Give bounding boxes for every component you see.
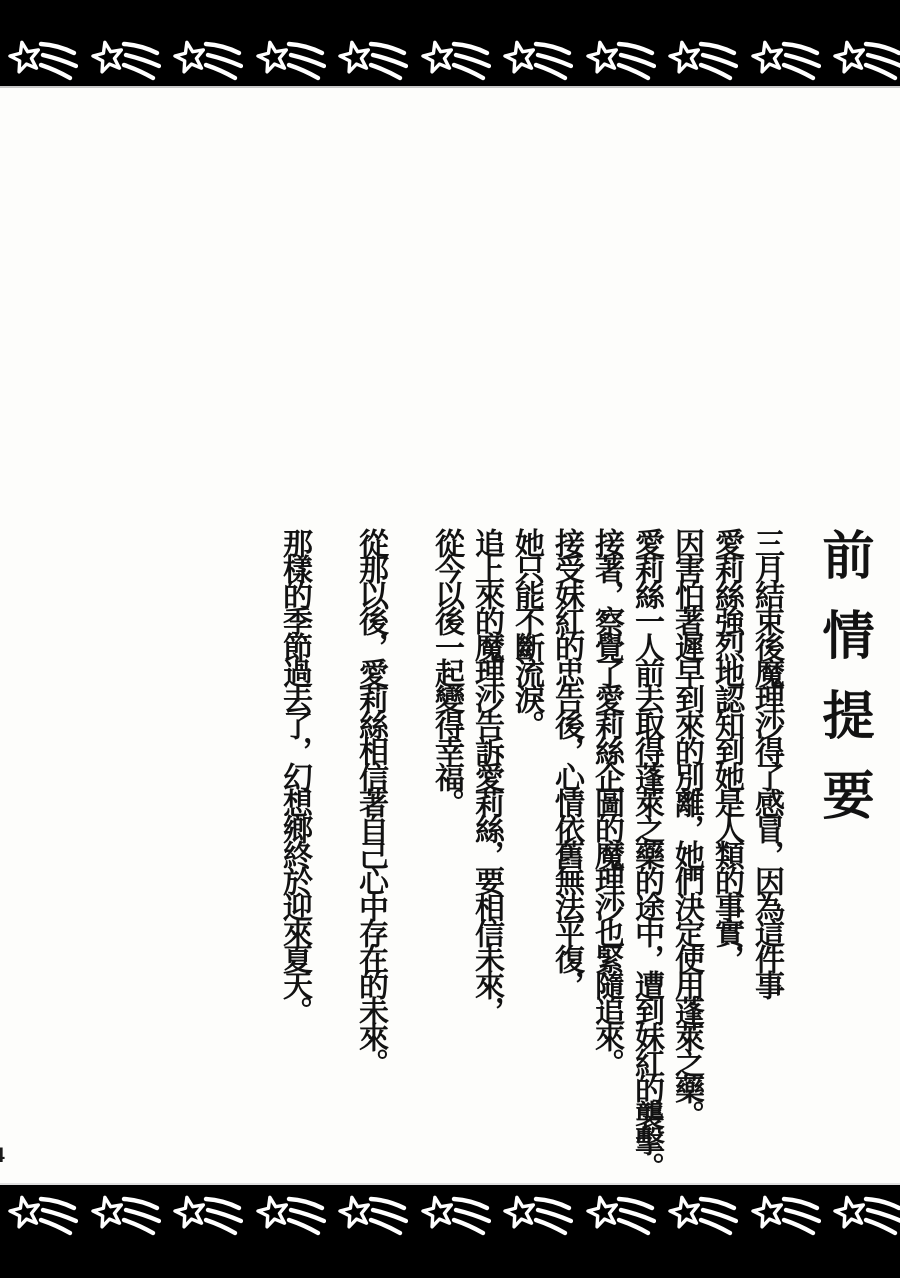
shooting-star-icon: [338, 1189, 408, 1237]
shooting-star-icon: [586, 1189, 656, 1237]
shooting-star-icon: [751, 1189, 821, 1237]
summary-title: 前情提要: [812, 528, 874, 1228]
summary-line: 追上來的魔理沙告訴愛莉絲，要相信未來，: [466, 528, 506, 1228]
shooting-star-icon: [8, 34, 78, 82]
summary-paragraph: 從那以後，愛莉絲相信著自己心中存在的未來。: [350, 528, 390, 1228]
shooting-star-icon: [91, 34, 161, 82]
shooting-star-icon: [668, 1189, 738, 1237]
summary-line: 愛莉絲強烈地認知到她是人類的事實，: [706, 528, 746, 1228]
shooting-star-icon: [586, 34, 656, 82]
page-number: 4: [0, 1144, 5, 1168]
story-summary: 前情提要 三月結束後魔理沙得了感冒，因為這件事愛莉絲強烈地認知到她是人類的事實，…: [274, 528, 874, 1228]
shooting-star-icon: [503, 34, 573, 82]
summary-line: 她只能不斷流淚。: [506, 528, 546, 1228]
summary-line: 三月結束後魔理沙得了感冒，因為這件事: [746, 528, 786, 1228]
shooting-star-icon: [91, 1189, 161, 1237]
shooting-star-icon: [833, 1189, 900, 1237]
shooting-star-icon: [173, 1189, 243, 1237]
summary-line: 接著，察覺了愛莉絲企圖的魔理沙也緊隨追來。: [586, 528, 626, 1228]
doujin-summary-page: 前情提要 三月結束後魔理沙得了感冒，因為這件事愛莉絲強烈地認知到她是人類的事實，…: [0, 0, 900, 1278]
top-star-border: [0, 0, 900, 88]
summary-line: 從今以後一起變得幸福。: [426, 528, 466, 1228]
summary-paragraph: 三月結束後魔理沙得了感冒，因為這件事愛莉絲強烈地認知到她是人類的事實，因害怕著遲…: [426, 528, 786, 1228]
shooting-star-icon: [668, 34, 738, 82]
shooting-star-icon: [256, 34, 326, 82]
shooting-star-icon: [421, 34, 491, 82]
shooting-star-icon: [421, 1189, 491, 1237]
summary-line: 那樣的季節過去了，幻想鄉終於迎來夏天。: [274, 528, 314, 1228]
shooting-star-icon: [8, 1189, 78, 1237]
summary-line: 從那以後，愛莉絲相信著自己心中存在的未來。: [350, 528, 390, 1228]
bottom-star-border: [0, 1183, 900, 1278]
shooting-star-icon: [751, 34, 821, 82]
summary-line: 接受妹紅的忠告後，心情依舊無法平復，: [546, 528, 586, 1228]
shooting-star-icon: [503, 1189, 573, 1237]
summary-line: 愛莉絲一人前去取得蓬萊之藥的途中，遭到妹紅的襲擊。: [626, 528, 666, 1228]
shooting-star-icon: [833, 34, 900, 82]
summary-paragraph: 那樣的季節過去了，幻想鄉終於迎來夏天。: [274, 528, 314, 1228]
shooting-star-icon: [338, 34, 408, 82]
shooting-star-icon: [173, 34, 243, 82]
summary-line: 因害怕著遲早到來的別離，她們決定使用蓬萊之藥。: [666, 528, 706, 1228]
shooting-star-icon: [256, 1189, 326, 1237]
